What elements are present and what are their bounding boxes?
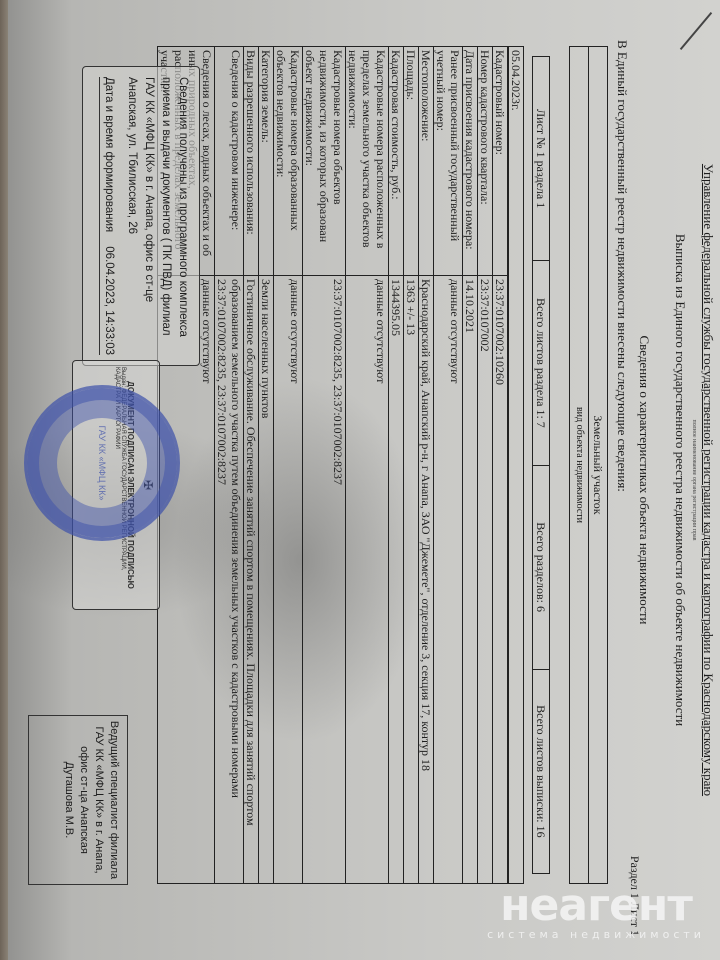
document-date: 05.04.2023г. [508, 47, 524, 884]
row-label: Кадастровые номера объектов недвижимости… [303, 47, 346, 276]
source-info-box: Сведения получены из программного компле… [82, 66, 200, 366]
table-row: Категория земель:Земли населенных пункто… [259, 47, 274, 884]
row-label: Кадастровый номер: [493, 47, 509, 276]
source-info-text: Сведения получены из программного компле… [123, 77, 191, 355]
official-stamp: ГАУ КК «МФЦ КК» [24, 385, 180, 541]
organization-caption: полное наименование органа регистрации п… [691, 0, 697, 960]
row-label: Кадастровая стоимость, руб.: [389, 47, 404, 276]
organization-name: Управление федеральной службы государств… [700, 30, 716, 930]
row-label: Кадастровые номера расположенных в преде… [346, 47, 389, 276]
row-value: 1363 +/- 13 [404, 276, 419, 884]
date-row: 05.04.2023г. [508, 47, 524, 884]
row-value: Гостиничное обслуживание. Обеспечение за… [244, 276, 259, 884]
table-row: Кадастровые номера образованных объектов… [274, 47, 303, 884]
table-row: Кадастровая стоимость, руб.:1344395.05 [389, 47, 404, 884]
table-row: Сведения о кадастровом инженере:образова… [215, 47, 244, 884]
row-value: образованием земельного участка путем об… [215, 276, 244, 884]
watermark-brand: неагент [480, 884, 712, 928]
watermark-logo: неагент система недвижимости [480, 884, 712, 941]
total-sheets: Всего листов выписки: 16 [533, 670, 549, 873]
generation-date-label: Дата и время формирования [100, 77, 117, 232]
row-label: Ранее присвоенный государственный учетны… [434, 47, 463, 276]
row-label: Кадастровые номера образованных объектов… [274, 47, 303, 276]
row-value: Земли населенных пунктов [259, 276, 274, 884]
row-label: Категория земель: [259, 47, 274, 276]
row-value: 23:37:0107002:8235, 23:37:0107002:8237 [303, 276, 346, 884]
sheet-info: Лист № 1 раздела 1 Всего листов раздела … [532, 56, 550, 874]
row-value: Краснодарский край, Анапский р-н, г Анап… [419, 276, 434, 884]
row-label: Номер кадастрового квартала: [478, 47, 493, 276]
document-page: Управление федеральной службы государств… [8, 0, 720, 960]
document-title: Выписка из Единого государственного реес… [672, 0, 688, 960]
table-row: Дата присвоения кадастрового номера:14.1… [463, 47, 478, 884]
table-row: Кадастровые номера расположенных в преде… [346, 47, 389, 884]
specialist-text: Ведущий специалист филиала ГАУ КК «МФЦ К… [61, 720, 121, 880]
intro-text: В Единый государственный реестр недвижим… [614, 40, 630, 492]
row-value: данные отсутствуют [346, 276, 389, 884]
table-row: Площадь:1363 +/- 13 [404, 47, 419, 884]
table-row: Номер кадастрового квартала:23:37:010700… [478, 47, 493, 884]
row-label: Местоположение: [419, 47, 434, 276]
row-label: Виды разрешенного использования: [244, 47, 259, 276]
row-value: данные отсутствуют [158, 276, 215, 884]
object-type-caption: вид объекта недвижимости [570, 47, 588, 883]
table-row: Местоположение:Краснодарский край, Анапс… [419, 47, 434, 884]
table-row: Кадастровый номер:23:37:0107002:10260 [493, 47, 509, 884]
characteristics-table: 05.04.2023г. Кадастровый номер:23:37:010… [157, 46, 524, 884]
sheet-number: Лист № 1 раздела 1 [533, 57, 549, 261]
object-type: Земельный участок [588, 47, 607, 883]
table-row: Кадастровые номера объектов недвижимости… [303, 47, 346, 884]
specialist-box: Ведущий специалист филиала ГАУ КК «МФЦ К… [28, 715, 128, 885]
row-value: 1344395.05 [389, 276, 404, 884]
row-value: 23:37:0107002:10260 [493, 276, 509, 884]
watermark-tagline: система недвижимости [480, 928, 712, 941]
row-label: Сведения о кадастровом инженере: [215, 47, 244, 276]
row-label: Площадь: [404, 47, 419, 276]
total-sheets-section: Всего листов раздела 1: 7 [533, 261, 549, 465]
generation-date-line: Дата и время формирования 06.04.2023, 14… [99, 77, 117, 355]
total-sections: Всего разделов: 6 [533, 466, 549, 670]
table-edge [0, 0, 8, 960]
row-value: данные отсутствуют [274, 276, 303, 884]
row-value: данные отсутствуют [434, 276, 463, 884]
table-row: Ранее присвоенный государственный учетны… [434, 47, 463, 884]
section-title: Сведения о характеристиках объекта недви… [636, 0, 652, 960]
table-row: Виды разрешенного использования:Гостинич… [244, 47, 259, 884]
row-label: Дата присвоения кадастрового номера: [463, 47, 478, 276]
stamp-text: ГАУ КК «МФЦ КК» [27, 388, 177, 538]
row-value: 23:37:0107002 [478, 276, 493, 884]
row-value: 14.10.2021 [463, 276, 478, 884]
object-type-box: Земельный участок вид объекта недвижимос… [569, 46, 608, 884]
generation-date-value: 06.04.2023, 14:33:03 [100, 246, 117, 355]
